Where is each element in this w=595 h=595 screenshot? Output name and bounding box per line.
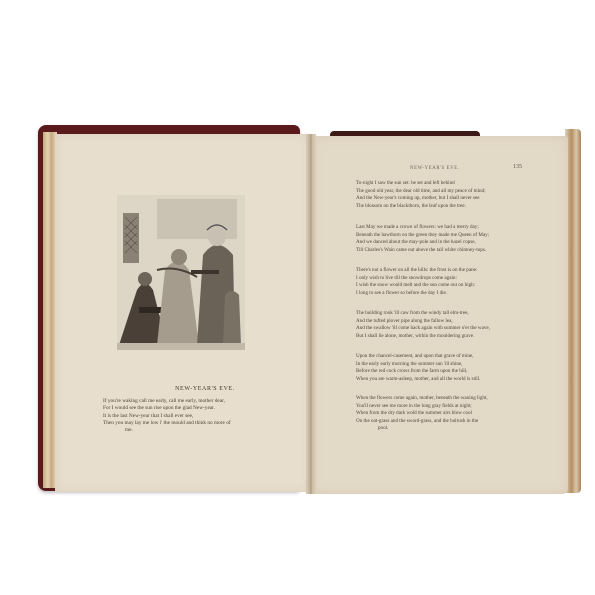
stanza: Last May we made a crown of flowers: we … bbox=[356, 224, 489, 254]
verse-line: Last May we made a crown of flowers: we … bbox=[356, 224, 489, 232]
verse-line: For I would see the sun rise upon the gl… bbox=[103, 405, 231, 412]
running-head: NEW-YEAR'S EVE. bbox=[410, 166, 460, 171]
book-gutter bbox=[306, 134, 316, 494]
stanza: When the flowers come again, mother, ben… bbox=[356, 395, 488, 433]
verse-line: I long to see a flower so before the day… bbox=[356, 290, 477, 298]
open-book-photo: NEW-YEAR'S EVE. If you're waking call me… bbox=[0, 0, 595, 595]
verse-line: Before the red cock crows from the farm … bbox=[356, 368, 480, 376]
verse-line: There's not a flower on all the hills: t… bbox=[356, 267, 477, 275]
verse-line: The blossom on the blackthorn, the leaf … bbox=[356, 203, 486, 211]
verse-line: I wish the snow would melt and the sun c… bbox=[356, 282, 477, 290]
verse-line: But I shall lie alone, mother, within th… bbox=[356, 333, 490, 341]
stanza: To-night I saw the sun set: he set and l… bbox=[356, 180, 486, 210]
verse-line: It is the last New-year that I shall eve… bbox=[103, 413, 231, 420]
verse-line: And the swallow 'ill come back again wit… bbox=[356, 325, 490, 333]
verse-line: Then you may lay me low i' the mould and… bbox=[103, 420, 231, 427]
verse-line: Upon the chancel-casement, and upon that… bbox=[356, 353, 480, 361]
verse-line: pool. bbox=[356, 425, 488, 433]
verse-line: The good old year, the dear old time, an… bbox=[356, 188, 486, 196]
poem-title: NEW-YEAR'S EVE. bbox=[150, 386, 260, 392]
page-number: 135 bbox=[513, 164, 522, 170]
engraving-icon bbox=[117, 195, 245, 350]
verse-line: When you are warm-asleep, mother, and al… bbox=[356, 376, 480, 384]
verse-line: If you're waking call me early, call me … bbox=[103, 398, 231, 405]
verse-line: When the flowers come again, mother, ben… bbox=[356, 395, 488, 403]
stanza: The building rook 'ill caw from the wind… bbox=[356, 310, 490, 340]
verse-line: me. bbox=[103, 427, 231, 434]
stanza: There's not a flower on all the hills: t… bbox=[356, 267, 477, 297]
verse-line: And the tufted plover pipe along the fal… bbox=[356, 318, 490, 326]
verse-line: On the oat-grass and the sword-grass, an… bbox=[356, 418, 488, 426]
left-page-verse: If you're waking call me early, call me … bbox=[103, 398, 231, 434]
stanza: Upon the chancel-casement, and upon that… bbox=[356, 353, 480, 383]
engraving-illustration bbox=[117, 195, 245, 350]
verse-line: Till Charles's Wain came out above the t… bbox=[356, 247, 489, 255]
verse-line: To-night I saw the sun set: he set and l… bbox=[356, 180, 486, 188]
verse-line: And the New-year's coming up, mother, bu… bbox=[356, 195, 486, 203]
verse-line: And we danced about the may-pole and in … bbox=[356, 239, 489, 247]
verse-line: I only wish to live till the snowdrops c… bbox=[356, 275, 477, 283]
verse-line: Beneath the hawthorn on the green they m… bbox=[356, 232, 489, 240]
verse-line: The building rook 'ill caw from the wind… bbox=[356, 310, 490, 318]
verse-line: When from the dry dark wold the summer a… bbox=[356, 410, 488, 418]
